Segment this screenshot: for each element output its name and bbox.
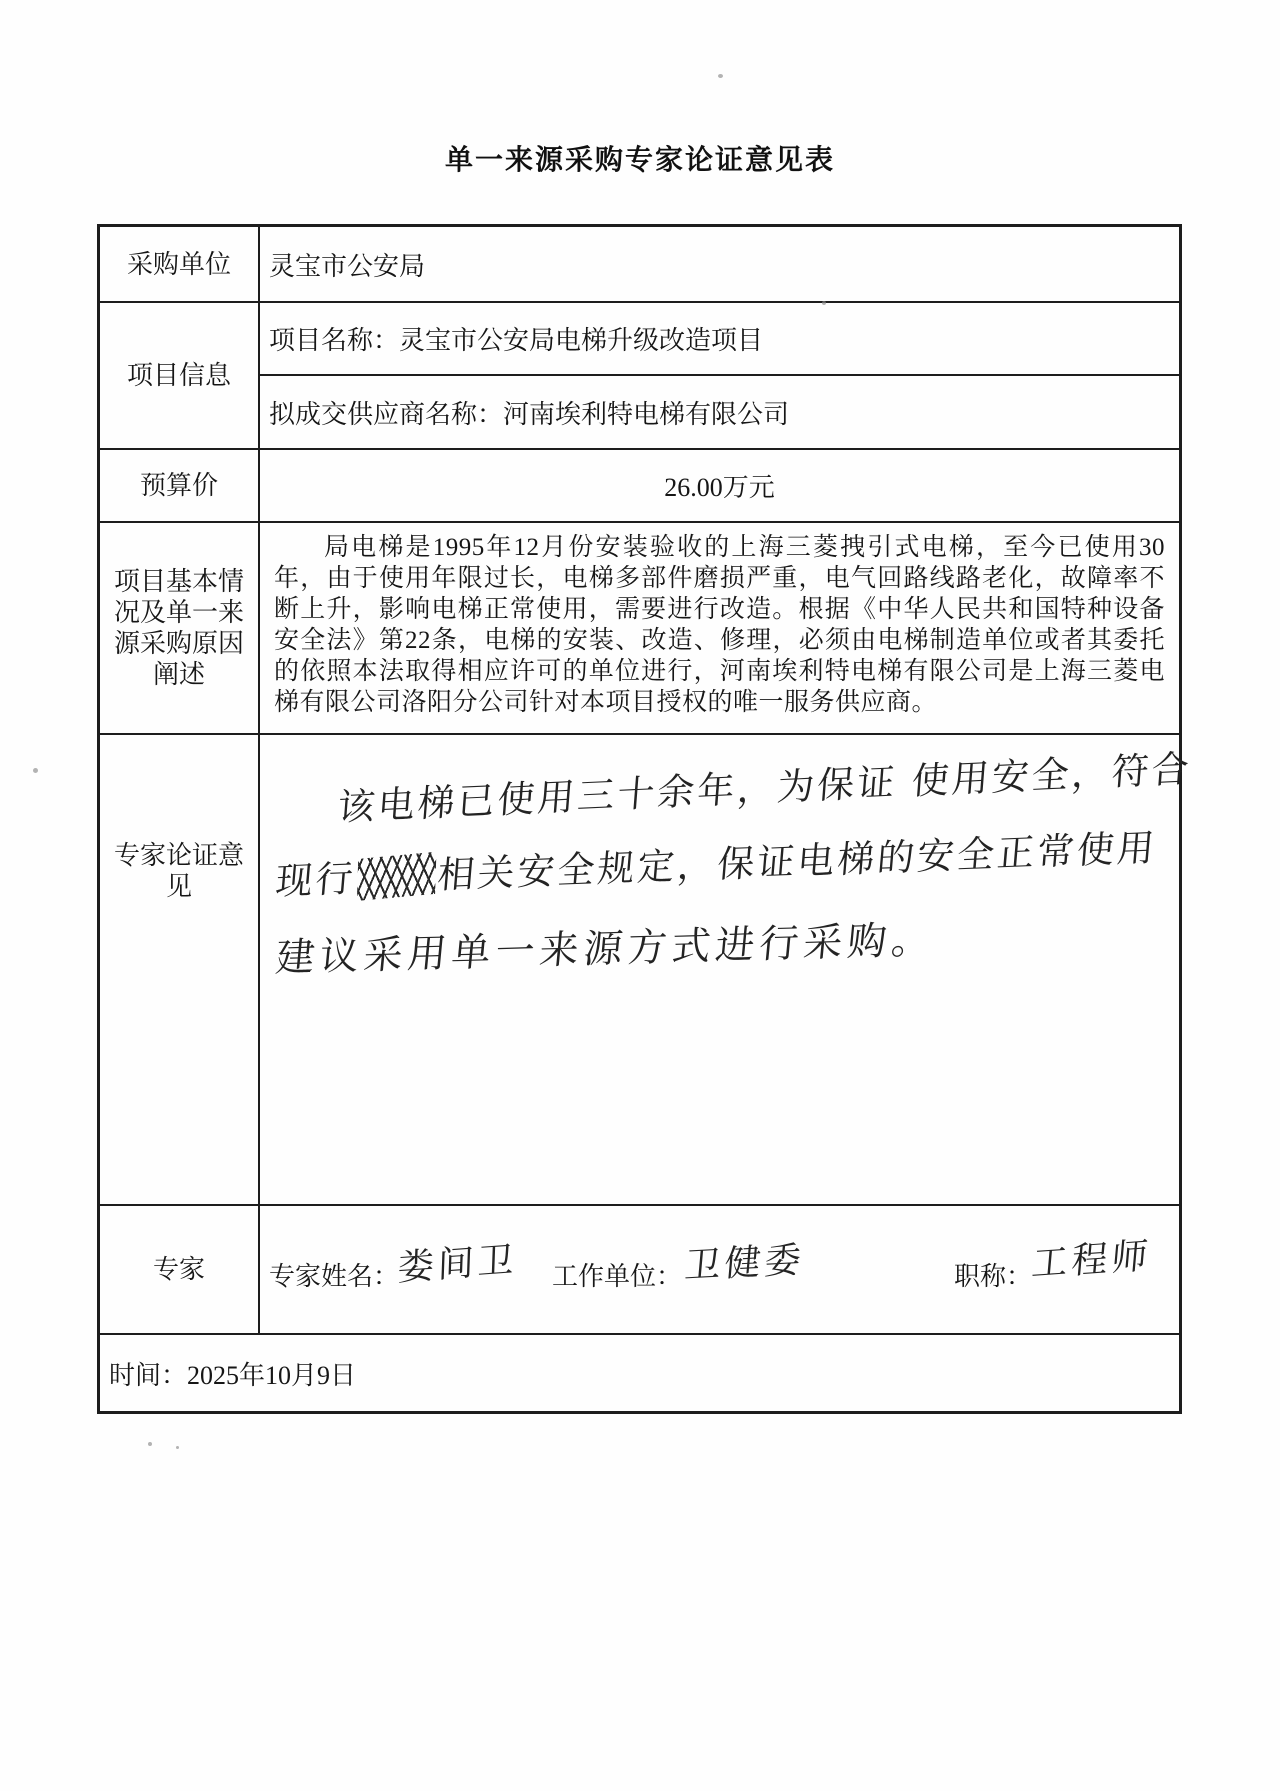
job-title-label: 职称： (954, 1256, 1032, 1293)
purchaser-label: 采购单位 (100, 227, 260, 301)
work-unit-label: 工作单位： (552, 1256, 682, 1293)
job-title-signature: 工程师 (1030, 1227, 1154, 1287)
scan-speck (822, 301, 826, 305)
time-cell: 时间：2025年10月9日 (100, 1335, 1179, 1411)
scan-speck (33, 768, 38, 773)
row-time: 时间：2025年10月9日 (100, 1335, 1179, 1411)
project-info-value-cell: 项目名称：灵宝市公安局电梯升级改造项目 拟成交供应商名称：河南埃利特电梯有限公司 (260, 303, 1179, 448)
budget-label: 预算价 (100, 450, 260, 521)
scan-speck (176, 1446, 179, 1449)
supplier-line: 拟成交供应商名称：河南埃利特电梯有限公司 (260, 394, 789, 431)
opinion-line2-prefix: 现行 (274, 857, 358, 903)
row-opinion: 专家论证意见 该电梯已使用三十余年，为保证 使用安全，符合 现行相关安全规定，保… (100, 735, 1179, 1206)
project-info-label: 项目信息 (100, 303, 260, 448)
expert-label: 专家 (100, 1206, 260, 1333)
procurement-form-table: 采购单位 灵宝市公安局 项目信息 项目名称：灵宝市公安局电梯升级改造项目 拟成交… (97, 224, 1182, 1414)
background-paragraph: 局电梯是1995年12月份安装验收的上海三菱拽引式电梯，至今已使用30年，由于使… (260, 523, 1179, 718)
row-budget: 预算价 26.00万元 (100, 450, 1179, 523)
opinion-value-cell: 该电梯已使用三十余年，为保证 使用安全，符合 现行相关安全规定，保证电梯的安全正… (260, 735, 1179, 1204)
project-name-line: 项目名称：灵宝市公安局电梯升级改造项目 (260, 320, 763, 357)
scan-speck (148, 1442, 152, 1446)
page-title: 单一来源采购专家论证意见表 (0, 138, 1280, 178)
opinion-handwriting-line-3: 建议采用单一来源方式进行采购。 (273, 908, 938, 983)
row-background: 项目基本情况及单一来源采购原因阐述 局电梯是1995年12月份安装验收的上海三菱… (100, 523, 1179, 735)
budget-value: 26.00万元 (260, 467, 1179, 504)
background-value-cell: 局电梯是1995年12月份安装验收的上海三菱拽引式电梯，至今已使用30年，由于使… (260, 523, 1179, 733)
opinion-handwriting-line-2: 现行相关安全规定，保证电梯的安全正常使用 (274, 817, 1160, 905)
background-label: 项目基本情况及单一来源采购原因阐述 (100, 523, 260, 733)
supplier-subrow: 拟成交供应商名称：河南埃利特电梯有限公司 (260, 376, 1179, 449)
work-unit-signature: 卫健委 (683, 1232, 807, 1290)
expert-value-cell: 专家姓名： 娄间卫 工作单位： 卫健委 职称： 工程师 (260, 1206, 1179, 1333)
row-purchaser: 采购单位 灵宝市公安局 (100, 227, 1179, 303)
opinion-handwriting-line-1: 该电梯已使用三十余年，为保证 使用安全，符合 (336, 738, 1194, 831)
expert-name-label: 专家姓名： (269, 1256, 399, 1293)
opinion-line2-rest: 相关安全规定，保证电梯的安全正常使用 (436, 826, 1159, 897)
budget-value-cell: 26.00万元 (260, 450, 1179, 521)
opinion-label: 专家论证意见 (105, 840, 253, 902)
row-expert: 专家 专家姓名： 娄间卫 工作单位： 卫健委 职称： 工程师 (100, 1206, 1179, 1335)
scan-speck (718, 74, 723, 78)
time-value: 时间：2025年10月9日 (100, 1355, 356, 1392)
purchaser-value-cell: 灵宝市公安局 (260, 227, 1179, 301)
project-name-subrow: 项目名称：灵宝市公安局电梯升级改造项目 (260, 303, 1179, 376)
scanned-document-page: 单一来源采购专家论证意见表 采购单位 灵宝市公安局 项目信息 项目名称：灵宝市公… (0, 0, 1280, 1791)
purchaser-value: 灵宝市公安局 (260, 246, 425, 283)
opinion-label-cell: 专家论证意见 (100, 735, 260, 1204)
scribble-correction-icon (357, 852, 437, 901)
row-project-info: 项目信息 项目名称：灵宝市公安局电梯升级改造项目 拟成交供应商名称：河南埃利特电… (100, 303, 1179, 450)
expert-name-signature: 娄间卫 (397, 1232, 519, 1292)
